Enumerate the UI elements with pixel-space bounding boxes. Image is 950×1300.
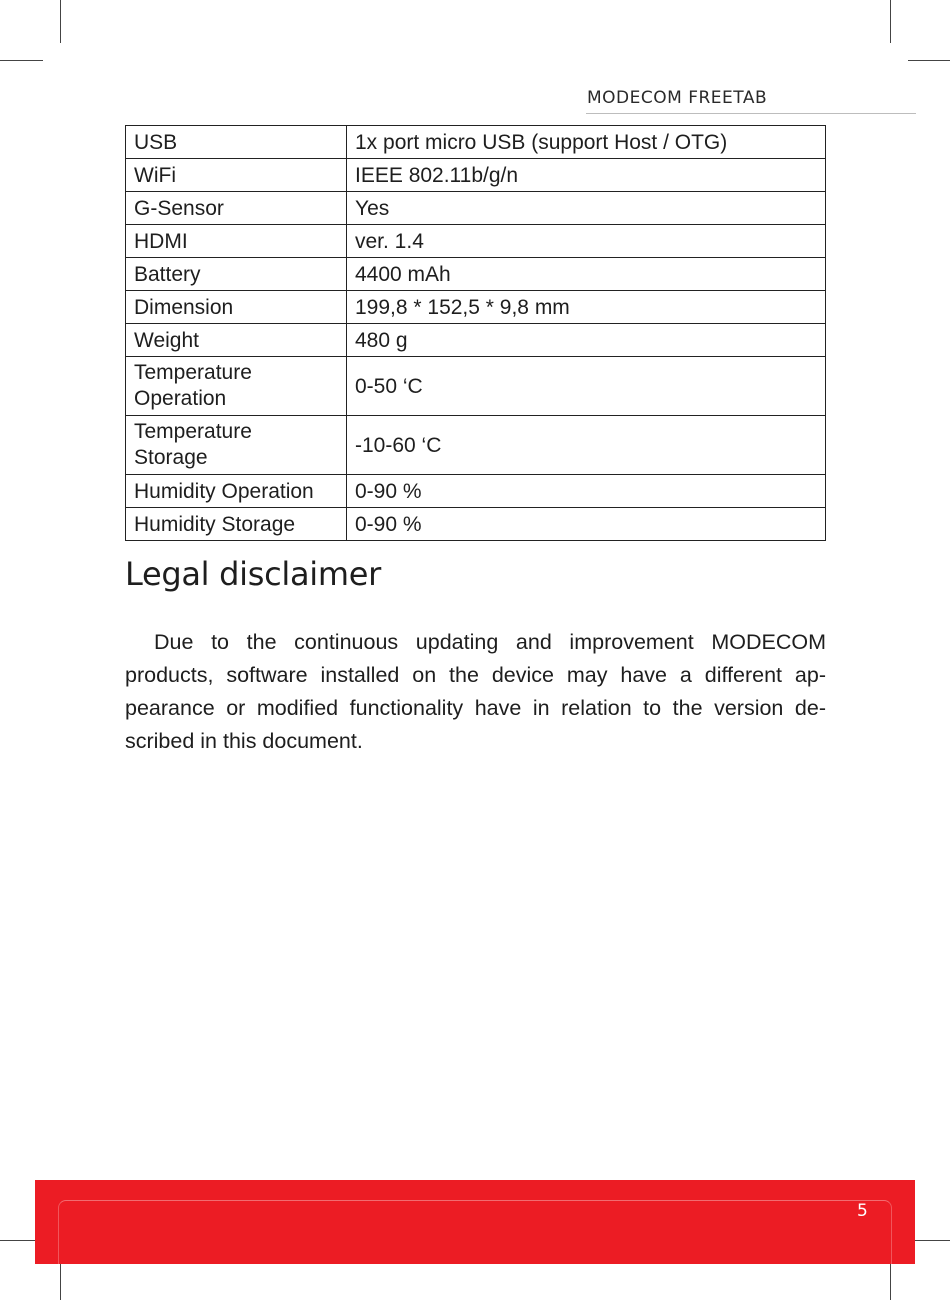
spec-value: Yes [347,192,826,225]
spec-label: G-Sensor [126,192,347,225]
spec-label: HDMI [126,225,347,258]
spec-label: USB [126,126,347,159]
spec-value: ver. 1.4 [347,225,826,258]
spec-label: WiFi [126,159,347,192]
table-row: Battery4400 mAh [126,258,826,291]
spec-label: Humidity Storage [126,508,347,541]
spec-label: Battery [126,258,347,291]
spec-label: TemperatureStorage [126,416,347,475]
header-rule [586,113,916,114]
disclaimer-paragraph: Due to the continuous updating and impro… [125,626,826,758]
spec-label: TemperatureOperation [126,357,347,416]
specs-table: USB1x port micro USB (support Host / OTG… [125,125,826,541]
spec-value: -10-60 ‘C [347,416,826,475]
table-row: G-SensorYes [126,192,826,225]
spec-value: 480 g [347,324,826,357]
spec-value: 0-90 % [347,508,826,541]
page-number: 5 [857,1201,868,1221]
spec-value: 1x port micro USB (support Host / OTG) [347,126,826,159]
table-row: USB1x port micro USB (support Host / OTG… [126,126,826,159]
spec-value: 4400 mAh [347,258,826,291]
crop-mark [0,1240,38,1241]
table-row: HDMIver. 1.4 [126,225,826,258]
table-row: Humidity Storage0-90 % [126,508,826,541]
spec-label: Weight [126,324,347,357]
table-row: TemperatureOperation0-50 ‘C [126,357,826,416]
spec-value: 0-50 ‘C [347,357,826,416]
table-row: Weight480 g [126,324,826,357]
spec-label: Humidity Operation [126,475,347,508]
crop-mark [0,60,43,61]
section-heading: Legal disclaimer [125,555,381,593]
running-header: MODECOM FREETAB [587,88,767,108]
spec-value: 0-90 % [347,475,826,508]
table-row: Dimension199,8 * 152,5 * 9,8 mm [126,291,826,324]
footer-inner-panel [58,1200,892,1271]
spec-label: Dimension [126,291,347,324]
crop-mark [908,60,950,61]
spec-value: 199,8 * 152,5 * 9,8 mm [347,291,826,324]
crop-mark [890,0,891,43]
spec-value: IEEE 802.11b/g/n [347,159,826,192]
table-row: Humidity Operation0-90 % [126,475,826,508]
table-row: TemperatureStorage-10-60 ‘C [126,416,826,475]
table-row: WiFiIEEE 802.11b/g/n [126,159,826,192]
crop-mark [60,0,61,43]
crop-mark [912,1240,950,1241]
